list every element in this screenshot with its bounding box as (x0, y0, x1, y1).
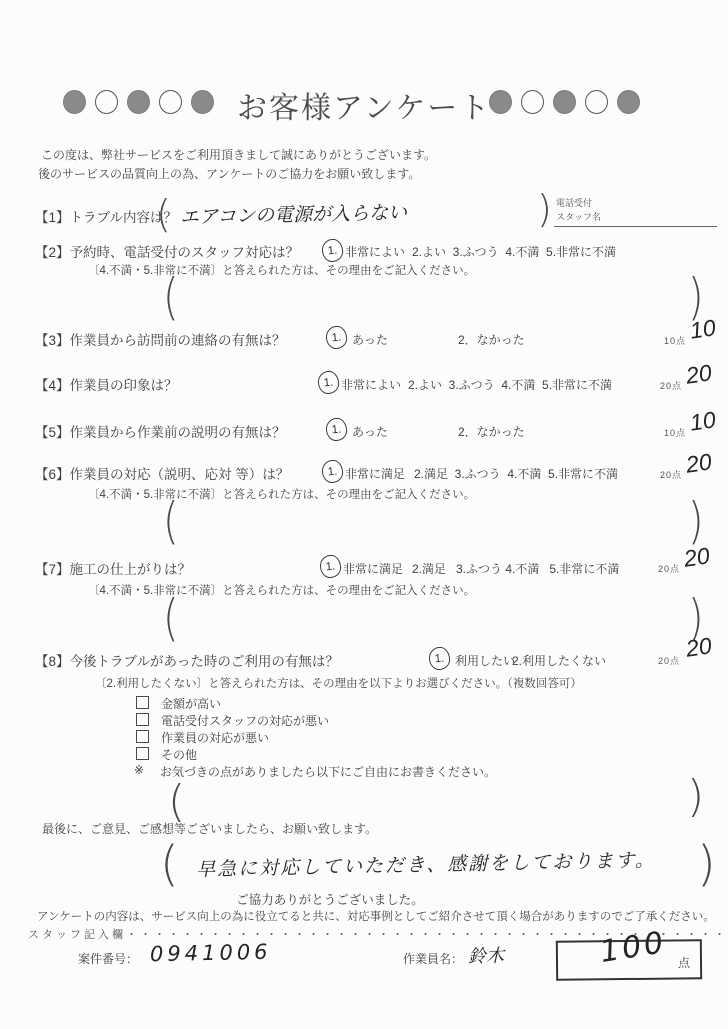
final-comment-label: 最後に、ご意見、ご感想等ございましたら、お願い致します。 (42, 820, 377, 839)
q4-circled-answer: 1. (317, 370, 340, 395)
question-7-label: 【7】施工の仕上がりは？ (35, 558, 191, 578)
q8-option-1: 利用したい (455, 652, 515, 669)
q5-score-handwriting: 10 (688, 406, 717, 436)
question-8-label: 【8】今後トラブルがあった時のご利用の有無は？ (35, 650, 339, 670)
case-number-label: 案件番号： (78, 950, 138, 967)
checkbox-label: 作業員の対応が悪い (161, 731, 269, 745)
dot-open-icon (521, 90, 544, 114)
q4-points-label: 20点 (660, 379, 682, 392)
q3-score-handwriting: 10 (688, 314, 717, 344)
dot-open-icon (95, 90, 118, 114)
q6-reason-note: 〔4.不満・5.非常に不満〕と答えられた方は、その理由をご記入ください。 (88, 486, 475, 502)
bracket-close: ) (687, 775, 704, 819)
q6-circled-answer: 1. (321, 459, 344, 484)
q8-checkbox-row: 作業員の対応が悪い (136, 729, 269, 747)
q7-points-label: 20点 (658, 562, 680, 575)
q3-points-label: 10点 (664, 334, 686, 347)
checkbox-label: その他 (161, 748, 197, 762)
question-6-label: 【6】作業員の対応（説明、応対 等）は？ (35, 463, 289, 483)
q3-option-1: あった (352, 331, 388, 348)
checkbox-icon (136, 713, 149, 726)
q5-options-rest: 2．なかった (458, 423, 525, 440)
q6-points-label: 20点 (660, 468, 682, 481)
checkbox-label: 電話受付スタッフの対応が悪い (161, 714, 329, 728)
q7-reason-note: 〔4.不満・5.非常に不満〕と答えられた方は、その理由をご記入ください。 (88, 582, 475, 598)
q5-option-1: あった (352, 423, 388, 440)
q6-options-rest: 2.満足 3.ふつう 4.不満 5.非常に不満 (414, 465, 618, 482)
bracket-open: ( (156, 195, 171, 233)
q1-answer-handwriting: エアコンの電源が入らない (180, 198, 408, 230)
bracket-open: ( (163, 593, 179, 643)
intro-line-2: 後のサービスの品質向上の為、アンケートのご協力をお願い致します。 (38, 165, 420, 184)
dot-filled-icon (191, 90, 214, 114)
thanks-text: ご協力ありがとうございました。 (0, 890, 660, 908)
total-score-unit: 点 (678, 954, 690, 971)
bracket-close: ) (688, 272, 704, 322)
dot-open-icon (585, 90, 608, 114)
checkbox-icon (136, 730, 149, 743)
worker-name-handwriting: 鈴木 (468, 942, 505, 969)
q4-score-handwriting: 20 (684, 359, 713, 389)
q5-points-label: 10点 (664, 426, 686, 439)
bracket-close: ) (537, 190, 552, 228)
q7-circled-answer: 1. (319, 554, 342, 579)
dot-filled-icon (553, 90, 576, 114)
q7-option-1: 非常に満足 (343, 560, 403, 577)
header-dots-left (63, 90, 214, 114)
bracket-close: ) (688, 496, 704, 546)
question-4-label: 【4】作業員の印象は？ (35, 374, 178, 394)
intro-line-1: この度は、弊社サービスをご利用頂きまして誠にありがとうございます。 (41, 146, 436, 165)
q4-options-rest: 2.よい 3.ふつう 4.不満 5.非常に不満 (408, 376, 612, 393)
q2-reason-note: 〔4.不満・5.非常に不満〕と答えられた方は、その理由をご記入ください。 (88, 262, 475, 278)
q2-circled-answer: 1. (321, 238, 344, 263)
q2-options-rest: 2.よい 3.ふつう 4.不満 5.非常に不満 (412, 243, 616, 260)
page-title: お客様アンケート (237, 83, 491, 127)
q5-circled-answer: 1. (325, 417, 348, 442)
staff-name-line (554, 226, 717, 227)
q6-score-handwriting: 20 (684, 448, 713, 478)
phone-staff-label-2: スタッフ名 (556, 211, 601, 224)
q8-points-label: 20点 (658, 654, 680, 667)
q8-reason-note: 〔2.利用したくない〕と答えられた方は、その理由を以下よりお選びください。（複数… (95, 675, 582, 691)
q2-option-1: 非常によい (345, 243, 405, 260)
header-dots-right (489, 90, 640, 114)
q6-option-1: 非常に満足 (345, 465, 405, 482)
question-5-label: 【5】作業員から作業前の説明の有無は？ (35, 421, 286, 441)
bracket-open: ( (168, 780, 185, 824)
q8-circled-answer: 1. (428, 646, 451, 671)
bracket-open: ( (160, 840, 179, 888)
q3-options-rest: 2．なかった (458, 331, 525, 348)
dot-filled-icon (489, 90, 512, 114)
checkbox-icon (136, 747, 149, 760)
phone-staff-label-1: 電話受付 (556, 197, 592, 210)
worker-name-label: 作業員名： (403, 950, 463, 967)
checkbox-label: 金額が高い (161, 697, 221, 711)
q8-checkbox-row: その他 (136, 746, 197, 764)
staff-section-label: スタッフ記入欄 (28, 929, 126, 941)
q7-score-handwriting: 20 (682, 542, 711, 572)
bracket-open: ( (163, 496, 179, 546)
final-comment-handwriting: 早急に対応していただき、感謝をしております。 (196, 845, 656, 882)
dot-open-icon (159, 90, 182, 114)
disclaimer-text: アンケートの内容は、サービス向上の為に役立てると共に、対応事例としてご紹介させて… (37, 908, 715, 924)
q8-free-note: お気づきの点がありましたら以下にご自由にお書きください。 (160, 763, 496, 780)
dot-filled-icon (127, 90, 150, 114)
checkbox-icon (136, 696, 149, 709)
bracket-close: ) (697, 840, 716, 888)
q7-options-rest: 2.満足 3.ふつう 4.不満 5.非常に不満 (412, 560, 619, 577)
bracket-open: ( (163, 272, 179, 322)
q8-score-handwriting: 20 (684, 632, 713, 662)
q8-checkbox-row: 金額が高い (136, 695, 221, 713)
q3-circled-answer: 1. (325, 325, 348, 350)
case-number-handwriting: 0941006 (150, 940, 272, 967)
q8-checkbox-row: 電話受付スタッフの対応が悪い (136, 712, 329, 730)
q4-option-1: 非常によい (341, 376, 401, 393)
dot-filled-icon (63, 90, 86, 114)
q8-options-rest: 2.利用したくない (512, 652, 606, 669)
survey-sheet: お客様アンケート この度は、弊社サービスをご利用頂きまして誠にありがとうございま… (0, 0, 728, 1029)
dot-filled-icon (617, 90, 640, 114)
question-3-label: 【3】作業員から訪問前の連絡の有無は？ (35, 329, 286, 349)
question-2-label: 【2】予約時、電話受付のスタッフ対応は？ (35, 241, 299, 261)
q8-free-note-mark: ※ (134, 763, 144, 777)
